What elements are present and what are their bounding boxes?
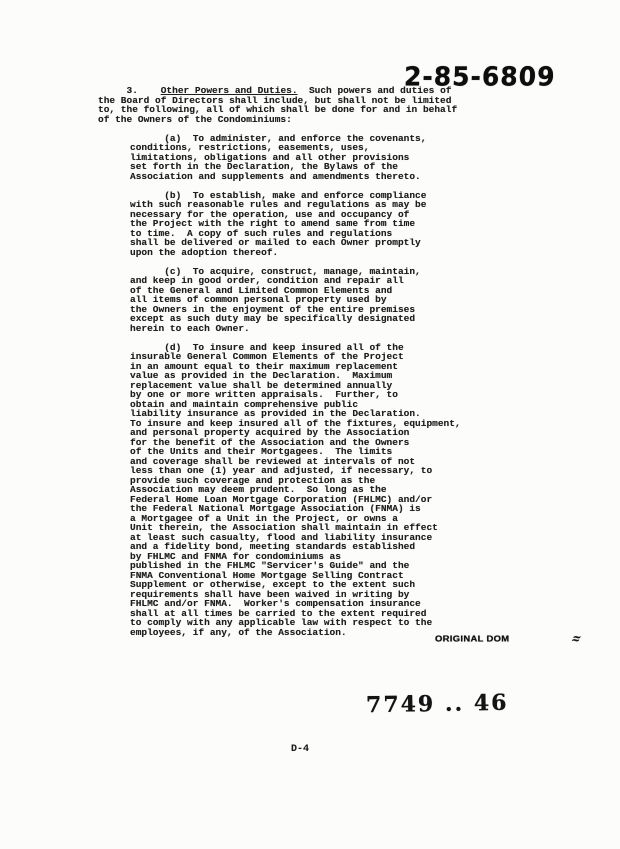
subparagraph-b: (b) To establish, make and enforce compl… xyxy=(130,191,488,258)
subparagraph-c: (c) To acquire, construct, manage, maint… xyxy=(130,267,488,334)
original-document-stamp: ORIGINAL DOM xyxy=(435,634,509,643)
subparagraph-a: (a) To administer, and enforce the coven… xyxy=(130,134,488,182)
subparagraph-d: (d) To insure and keep insured all of th… xyxy=(130,343,488,638)
document-page: 2-85-6809 3. Other Powers and Duties. Su… xyxy=(0,0,620,849)
page-number: D-4 xyxy=(291,744,309,755)
recording-number-stamp: 7749 .. 46 xyxy=(366,690,509,718)
handwritten-mark: ≈ xyxy=(569,632,584,647)
document-body: 3. Other Powers and Duties. Such powers … xyxy=(98,86,488,637)
section-3-paragraph: 3. Other Powers and Duties. Such powers … xyxy=(98,86,488,124)
